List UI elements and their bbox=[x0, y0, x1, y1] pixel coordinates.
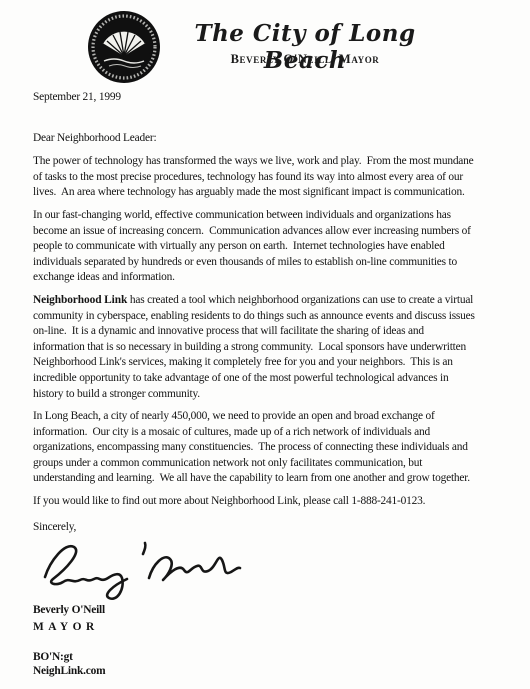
letterhead-subtitle: Beverly O'Neill, Mayor bbox=[158, 52, 452, 67]
reference-block: BO'N:gt NeighLink.com bbox=[33, 650, 525, 678]
letter-paragraph: In our fast-changing world, effective co… bbox=[33, 208, 525, 286]
scanned-letter-page: { "letterhead": { "title": "The City of … bbox=[0, 0, 530, 689]
signer-name: Beverly O'Neill bbox=[33, 603, 525, 619]
letterhead: The City of Long Beach Beverly O'Neill, … bbox=[0, 0, 530, 88]
city-seal-icon bbox=[87, 10, 161, 84]
letter-body-container: September 21, 1999 Dear Neighborhood Lea… bbox=[33, 88, 525, 678]
reference-initials: BO'N:gt bbox=[33, 650, 525, 664]
signature-handwriting bbox=[37, 537, 242, 605]
website-line: NeighLink.com bbox=[33, 664, 525, 678]
letter-body: The power of technology has transformed … bbox=[33, 154, 525, 509]
signer-title: MAYOR bbox=[33, 620, 525, 636]
salutation: Dear Neighborhood Leader: bbox=[33, 131, 525, 147]
letter-paragraph: If you would like to find out more about… bbox=[33, 494, 525, 510]
closing: Sincerely, bbox=[33, 520, 525, 536]
letter-paragraph: In Long Beach, a city of nearly 450,000,… bbox=[33, 409, 525, 487]
letter-paragraph: The power of technology has transformed … bbox=[33, 154, 525, 201]
letter-paragraph: Neighborhood Link has created a tool whi… bbox=[33, 293, 525, 402]
letter-date: September 21, 1999 bbox=[33, 90, 525, 106]
